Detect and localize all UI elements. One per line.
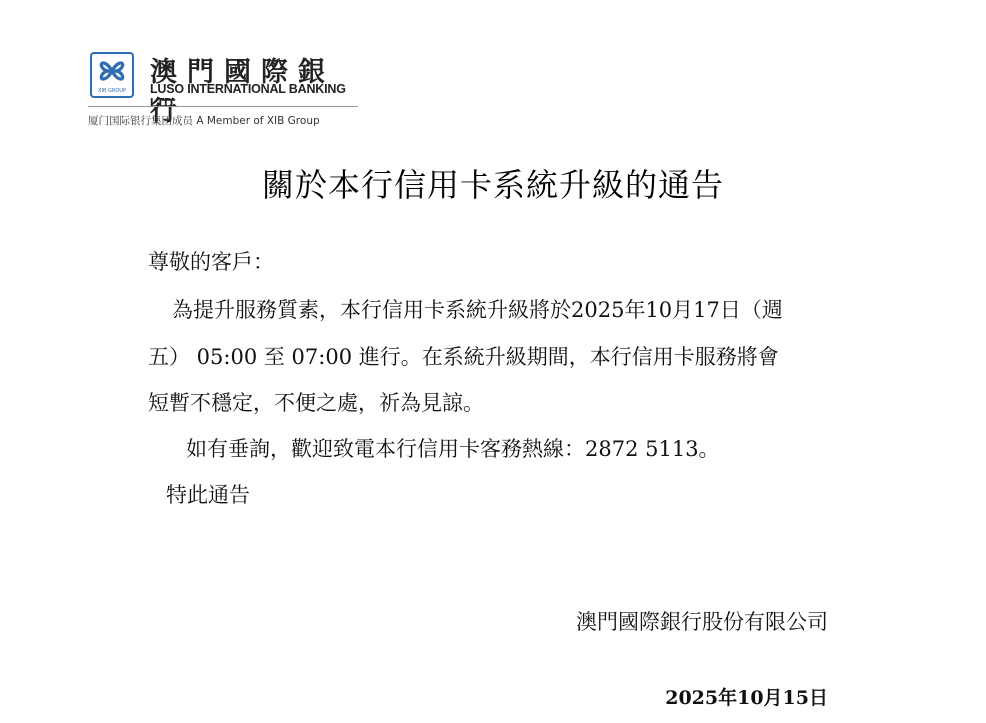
hotline-line: 如有垂詢，歡迎致電本行信用卡客務熱線：2872 5113。 [186, 433, 720, 463]
signature-company: 澳門國際銀行股份有限公司 [576, 606, 828, 636]
body-line-2: 五） 05:00 至 07:00 進行。在系統升級期間，本行信用卡服務將會 [148, 341, 779, 371]
body-line-1: 為提升服務質素，本行信用卡系統升級將於2025年10月17日（週 [172, 294, 783, 324]
bank-logo: XIB GROUP 澳門國際銀行 LUSO INTERNATIONAL BANK… [88, 50, 363, 130]
notice-date: 2025年10月15日 [665, 683, 828, 710]
body-line-3: 短暫不穩定，不便之處，祈為見諒。 [148, 387, 484, 417]
group-badge: XIB GROUP [92, 88, 132, 94]
logo-divider [88, 106, 358, 107]
notice-title: 關於本行信用卡系統升級的通告 [0, 160, 986, 206]
salutation: 尊敬的客戶： [148, 246, 274, 276]
group-member-line: 厦门国际银行集团成员 A Member of XIB Group [88, 113, 320, 128]
closing-line: 特此通告 [166, 479, 250, 509]
clover-logo-icon: XIB GROUP [90, 52, 134, 98]
